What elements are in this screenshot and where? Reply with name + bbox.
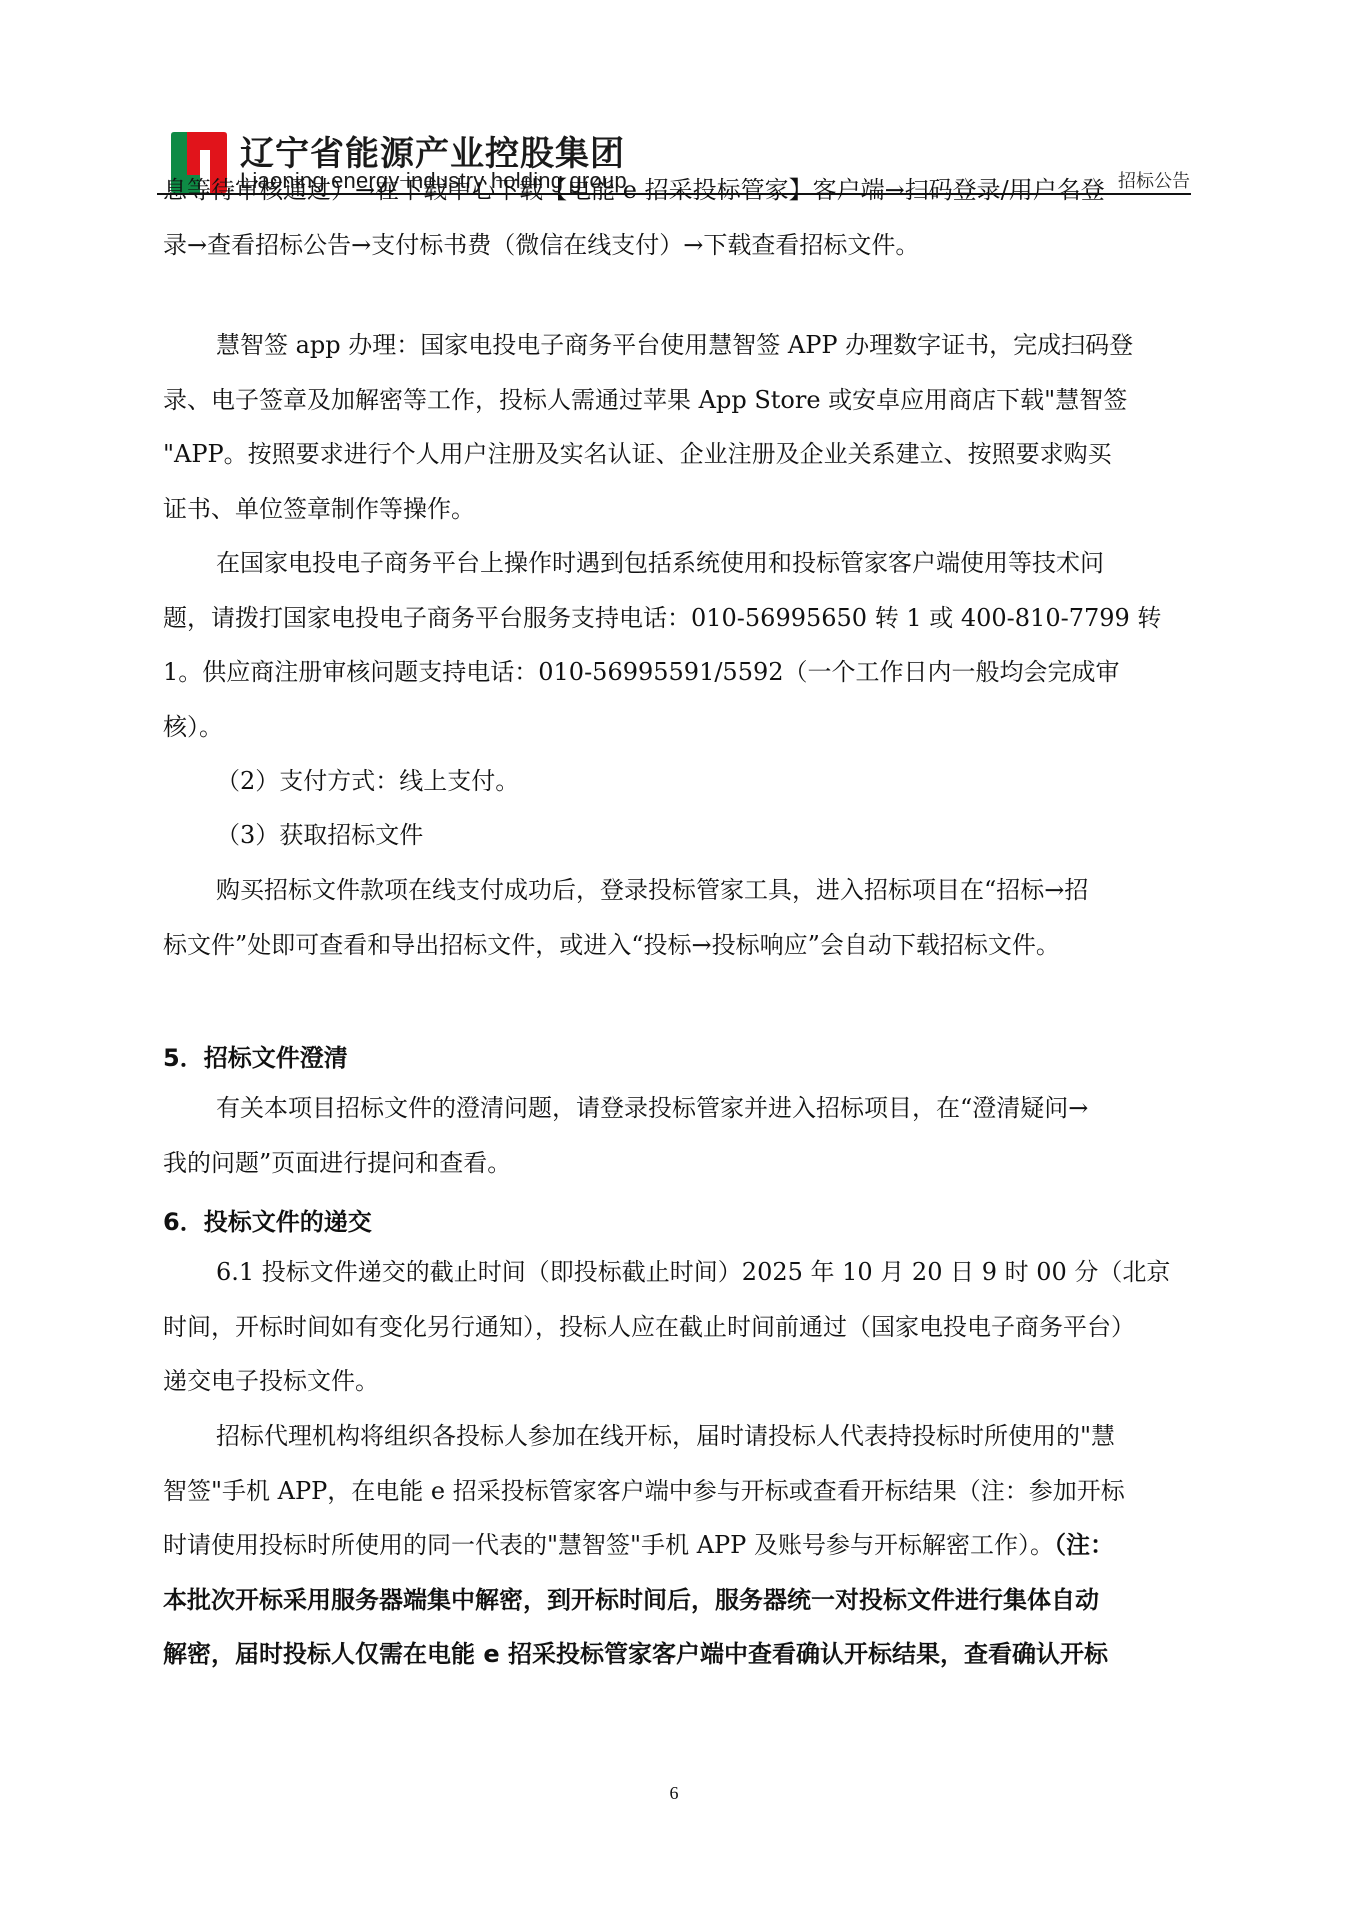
paragraph-clarification: 有关本项目招标文件的澄清问题，请登录投标管家并进入招标项目，在“澄清疑问→ 我的… xyxy=(163,1081,1195,1190)
paragraph-online-opening: 招标代理机构将组织各投标人参加在线开标，届时请投标人代表持投标时所使用的"慧 智… xyxy=(163,1409,1195,1682)
list-item-payment-method: （2）支付方式：线上支付。 xyxy=(163,754,1195,809)
paragraph-obtain-documents: 购买招标文件款项在线支付成功后，登录投标管家工具，进入招标项目在“招标→招 标文… xyxy=(163,863,1195,972)
text-line: 6.1 投标文件递交的截止时间（即投标截止时间）2025 年 10 月 20 日… xyxy=(163,1245,1195,1300)
text-line: 录、电子签章及加解密等工作，投标人需通过苹果 App Store 或安卓应用商店… xyxy=(163,373,1195,428)
text-line: 有关本项目招标文件的澄清问题，请登录投标管家并进入招标项目，在“澄清疑问→ xyxy=(163,1081,1195,1136)
text-line: 我的问题”页面进行提问和查看。 xyxy=(163,1136,1195,1191)
text-line: 招标代理机构将组织各投标人参加在线开标，届时请投标人代表持投标时所使用的"慧 xyxy=(163,1409,1195,1464)
text-line: 1。供应商注册审核问题支持电话：010-56995591/5592（一个工作日内… xyxy=(163,645,1195,700)
bold-note-line: 本批次开标采用服务器端集中解密，到开标时间后，服务器统一对投标文件进行集体自动 xyxy=(163,1573,1195,1628)
bold-note-segment: （注： xyxy=(1054,1531,1114,1559)
text-line: （2）支付方式：线上支付。 xyxy=(163,754,1195,809)
list-item-obtain-documents: （3）获取招标文件 xyxy=(163,808,1195,863)
section-heading-6: 6．投标文件的递交 xyxy=(163,1202,372,1237)
paragraph-huizhiqian-app: 慧智签 app 办理：国家电投电子商务平台使用慧智签 APP 办理数字证书，完成… xyxy=(163,318,1195,536)
text-line: 核）。 xyxy=(163,700,1195,755)
text-line: "APP。按照要求进行个人用户注册及实名认证、企业注册及企业关系建立、按照要求购… xyxy=(163,427,1195,482)
text-line: 证书、单位签章制作等操作。 xyxy=(163,482,1195,537)
text-line: 息等待审核通过）→在下载中心下载【电能 e 招采投标管家】客户端→扫码登录/用户… xyxy=(163,163,1195,218)
document-page: 辽宁省能源产业控股集团 Liaoning energy industry hol… xyxy=(0,0,1348,1906)
text-segment: 时请使用投标时所使用的同一代表的"慧智签"手机 APP 及账号参与开标解密工作）… xyxy=(163,1531,1054,1559)
text-line: 购买招标文件款项在线支付成功后，登录投标管家工具，进入招标项目在“招标→招 xyxy=(163,863,1195,918)
text-line: 标文件”处即可查看和导出招标文件，或进入“投标→投标响应”会自动下载招标文件。 xyxy=(163,918,1195,973)
page-number: 6 xyxy=(0,1783,1348,1804)
text-line: （3）获取招标文件 xyxy=(163,808,1195,863)
text-line: 慧智签 app 办理：国家电投电子商务平台使用慧智签 APP 办理数字证书，完成… xyxy=(163,318,1195,373)
text-line: 时请使用投标时所使用的同一代表的"慧智签"手机 APP 及账号参与开标解密工作）… xyxy=(163,1518,1195,1573)
bold-note-line: 解密，届时投标人仅需在电能 e 招采投标管家客户端中查看确认开标结果，查看确认开… xyxy=(163,1627,1195,1682)
text-line: 递交电子投标文件。 xyxy=(163,1354,1195,1409)
text-line: 在国家电投电子商务平台上操作时遇到包括系统使用和投标管家客户端使用等技术问 xyxy=(163,536,1195,591)
paragraph-registration-steps: 息等待审核通过）→在下载中心下载【电能 e 招采投标管家】客户端→扫码登录/用户… xyxy=(163,163,1195,272)
section-heading-5: 5．招标文件澄清 xyxy=(163,1038,348,1073)
text-line: 题，请拨打国家电投电子商务平台服务支持电话：010-56995650 转 1 或… xyxy=(163,591,1195,646)
text-line: 时间，开标时间如有变化另行通知），投标人应在截止时间前通过（国家电投电子商务平台… xyxy=(163,1300,1195,1355)
paragraph-submission-deadline: 6.1 投标文件递交的截止时间（即投标截止时间）2025 年 10 月 20 日… xyxy=(163,1245,1195,1409)
text-line: 智签"手机 APP，在电能 e 招采投标管家客户端中参与开标或查看开标结果（注：… xyxy=(163,1464,1195,1519)
paragraph-technical-support: 在国家电投电子商务平台上操作时遇到包括系统使用和投标管家客户端使用等技术问 题，… xyxy=(163,536,1195,754)
text-line: 录→查看招标公告→支付标书费（微信在线支付）→下载查看招标文件。 xyxy=(163,218,1195,273)
